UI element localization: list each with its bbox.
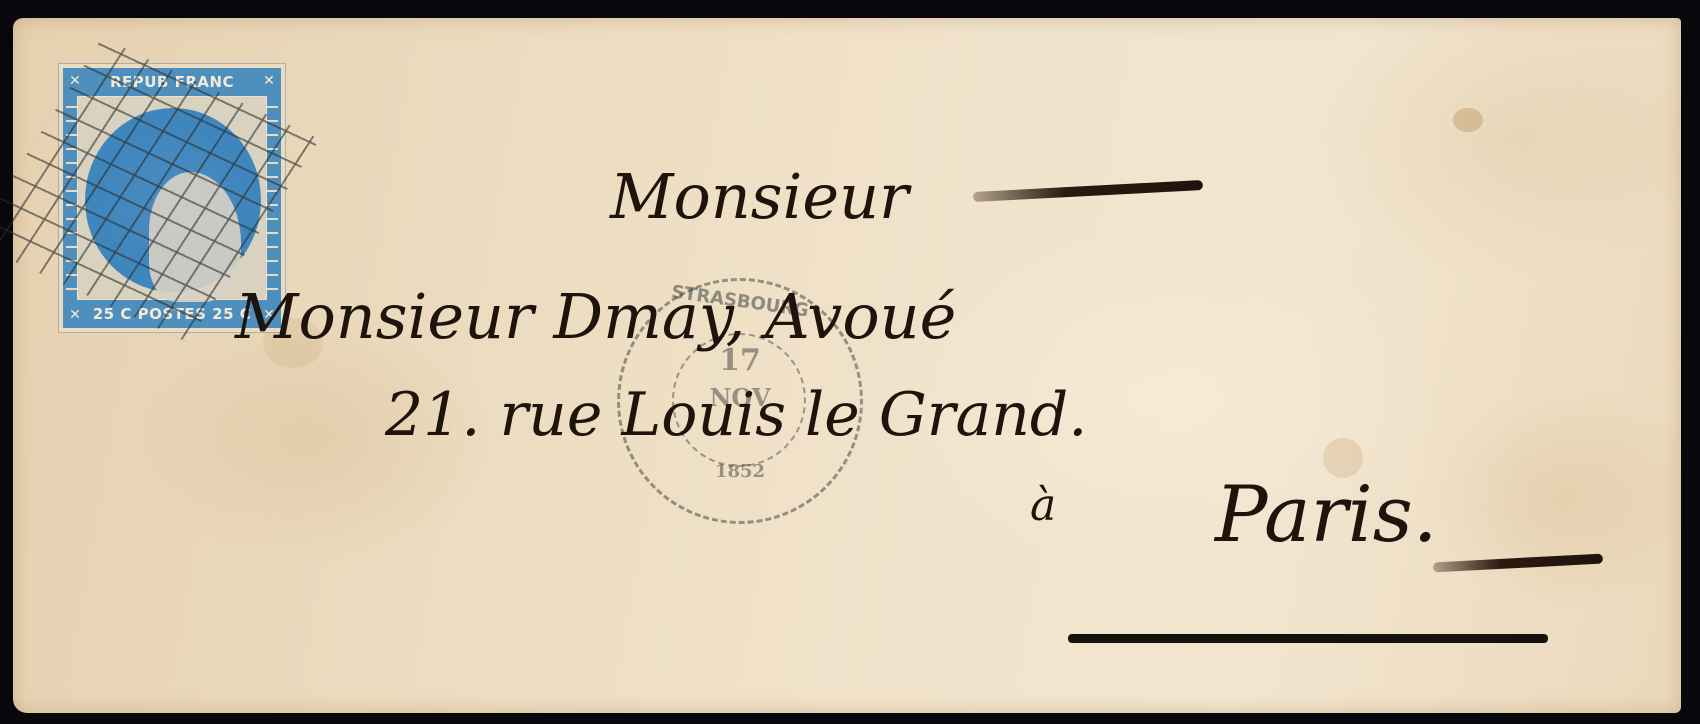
- envelope: REPUB FRANC ✕ ✕ ✕ ✕ 25 C POSTES 25 C STR…: [13, 18, 1681, 713]
- address-line-3: 21. rue Louis le Grand.: [385, 380, 1087, 450]
- address-line-2: Monsieur Dmay, Avoué: [235, 280, 956, 353]
- city-underline: [1068, 634, 1548, 643]
- ink-flourish: [973, 180, 1203, 202]
- address-line-4-prefix: à: [1030, 480, 1056, 531]
- address-line-4-city: Paris.: [1215, 470, 1438, 560]
- paper-stain: [1453, 108, 1483, 132]
- address-line-1: Monsieur: [610, 160, 909, 233]
- postmark-year: 1852: [620, 461, 860, 482]
- corner-cross-icon: ✕: [67, 305, 83, 325]
- ink-flourish: [1433, 554, 1603, 573]
- corner-cross-icon: ✕: [261, 71, 277, 91]
